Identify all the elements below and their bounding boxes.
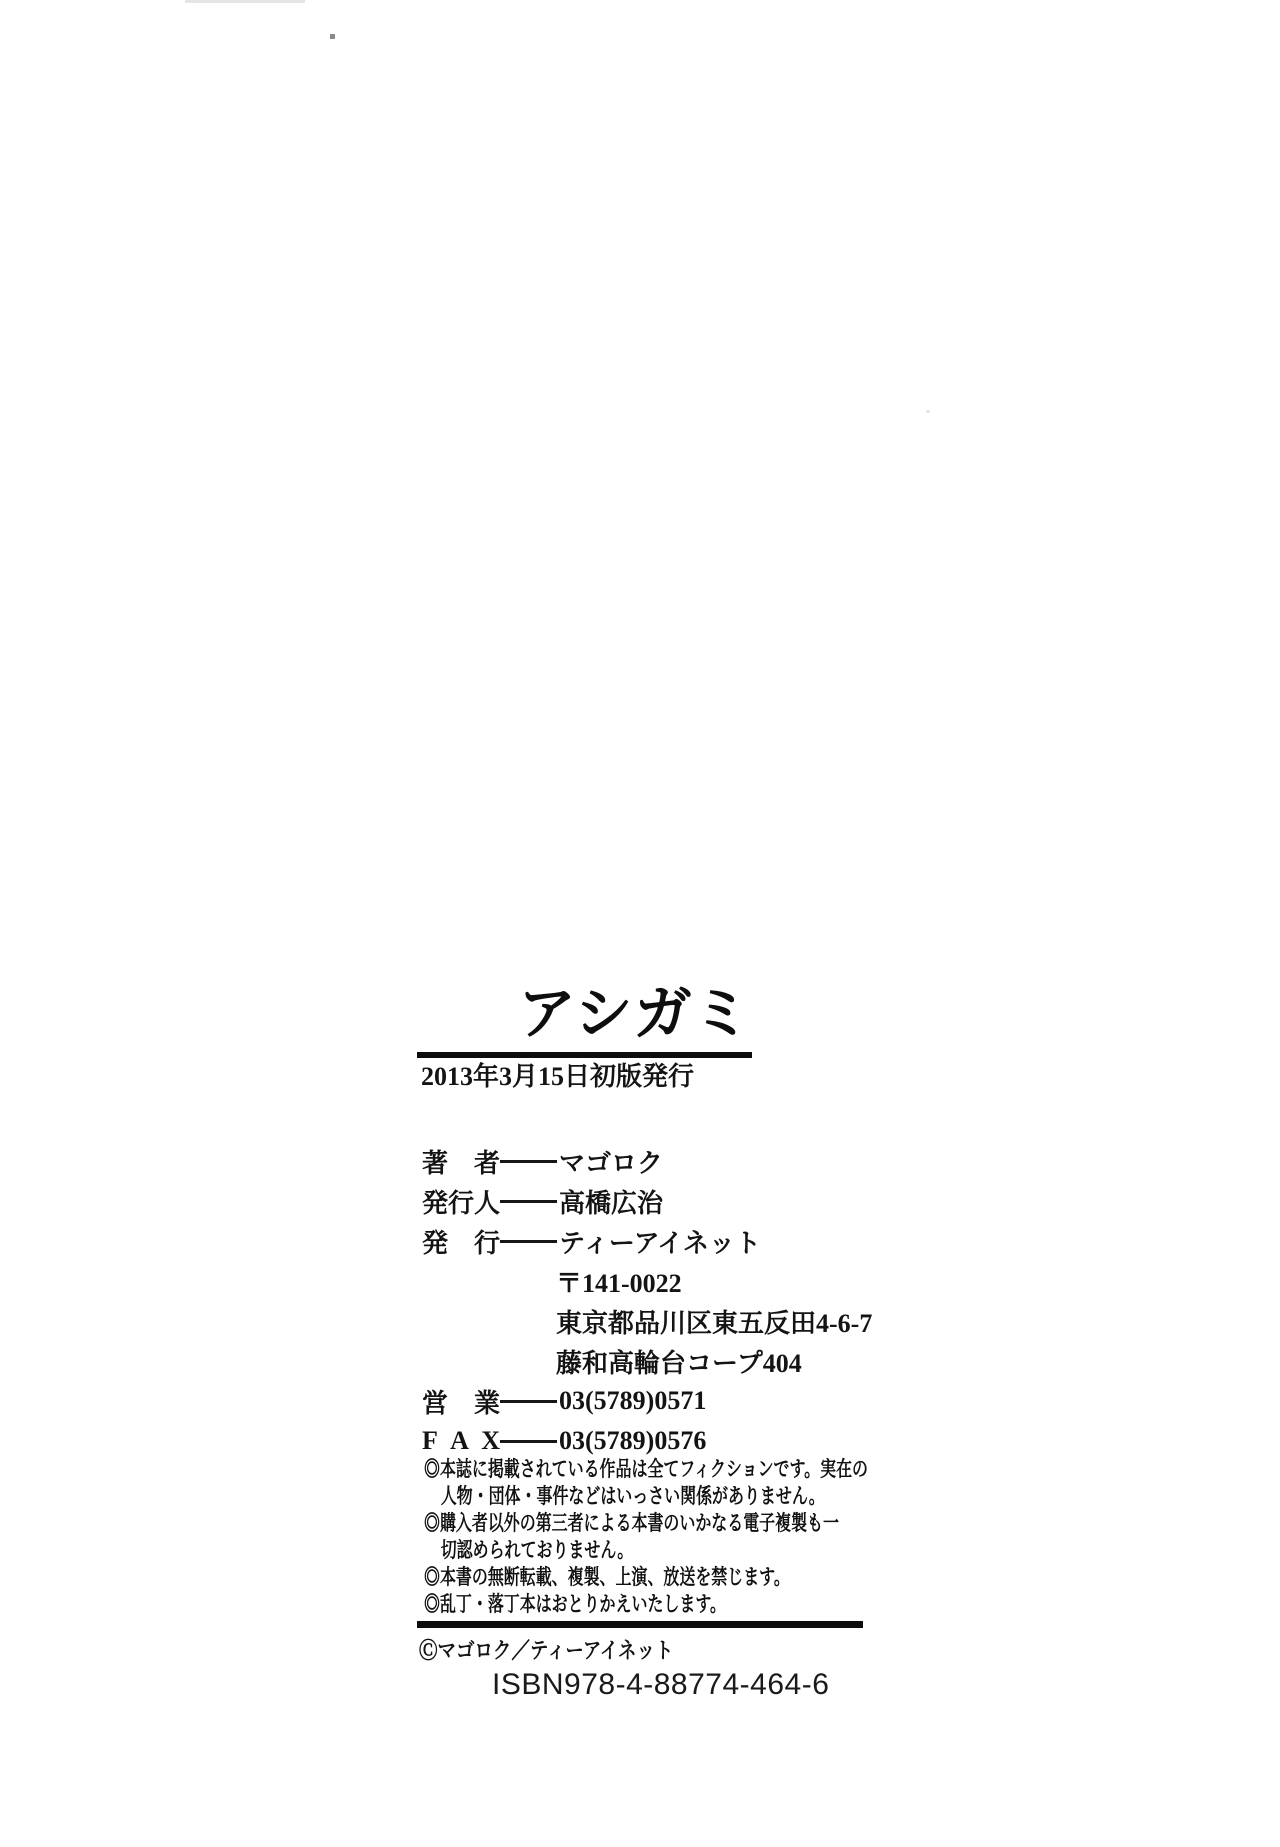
- notice-line: ◎本誌に掲載されている作品は全てフィクションです。実在の: [424, 1456, 868, 1483]
- info-value: 〒141-0022: [556, 1263, 682, 1300]
- notice-line: ◎購入者以外の第三者による本書のいかなる電子複製も一: [424, 1510, 868, 1537]
- publication-info: 著者マゴロク発行人高橋広治発行ティーアイネット〒141-0022東京都品川区東五…: [422, 1141, 872, 1461]
- isbn-number: ISBN978-4-88774-464-6: [492, 1668, 829, 1702]
- info-row: 著者マゴロク: [422, 1141, 872, 1181]
- scan-speck: [330, 34, 335, 39]
- dash-line: [500, 1440, 557, 1443]
- dash-line: [500, 1160, 557, 1163]
- info-value: マゴロク: [559, 1143, 663, 1180]
- info-value: 東京都品川区東五反田4-6-7: [556, 1303, 872, 1340]
- footer-divider: [417, 1621, 863, 1628]
- edition-date: 2013年3月15日初版発行: [421, 1060, 694, 1094]
- scan-smudge: [185, 0, 305, 3]
- info-value: 藤和高輪台コープ404: [556, 1343, 802, 1380]
- info-label: 営業: [422, 1383, 500, 1420]
- scan-speck: [926, 410, 930, 413]
- title-divider: [417, 1052, 752, 1058]
- info-row: 東京都品川区東五反田4-6-7: [422, 1301, 872, 1341]
- info-label: 発行: [422, 1223, 500, 1260]
- dash-line: [500, 1400, 557, 1403]
- dash-line: [500, 1240, 557, 1243]
- notice-line: ◎本書の無断転載、複製、上演、放送を禁じます。: [424, 1564, 868, 1591]
- info-row: 藤和高輪台コープ404: [422, 1341, 872, 1381]
- info-value: ティーアイネット: [559, 1223, 761, 1260]
- info-row: 営業03(5789)0571: [422, 1381, 872, 1421]
- info-row: 発行ティーアイネット: [422, 1221, 872, 1261]
- info-label: 著者: [422, 1143, 500, 1180]
- copyright-line: Ⓒマゴロク／ティーアイネット: [419, 1634, 673, 1665]
- notice-line: 人物・団体・事件などはいっさい関係がありません。: [424, 1483, 868, 1510]
- dash-line: [500, 1200, 557, 1203]
- notice-line: 切認められておりません。: [424, 1537, 868, 1564]
- info-row: 発行人高橋広治: [422, 1181, 872, 1221]
- info-value: 03(5789)0576: [559, 1426, 706, 1456]
- info-label: 発行人: [422, 1183, 500, 1220]
- info-label: FAX: [422, 1426, 500, 1456]
- info-value: 高橋広治: [559, 1183, 663, 1220]
- book-title: アシガミ: [518, 966, 752, 1050]
- legal-notices: ◎本誌に掲載されている作品は全てフィクションです。実在の人物・団体・事件などはい…: [424, 1456, 868, 1618]
- info-row: FAX03(5789)0576: [422, 1421, 872, 1461]
- info-row: 〒141-0022: [422, 1261, 872, 1301]
- info-value: 03(5789)0571: [559, 1386, 706, 1416]
- notice-line: ◎乱丁・落丁本はおとりかえいたします。: [424, 1591, 868, 1618]
